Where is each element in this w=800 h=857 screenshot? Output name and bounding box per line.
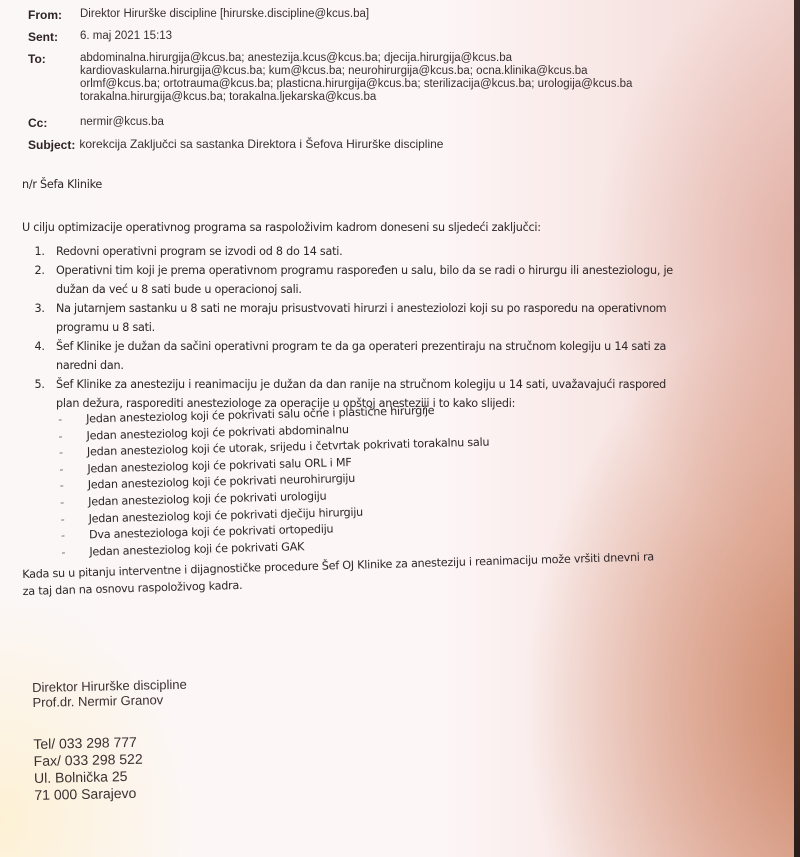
sent-label: Sent:: [28, 30, 80, 44]
to-line: orlmf@kcus.ba; ortotrauma@kcus.ba; plast…: [80, 78, 788, 91]
conclusion-item: Na jutarnjem sastanku u 8 sati ne moraju…: [48, 299, 800, 337]
conclusion-item: Šef Klinike je dužan da sačini operativn…: [48, 337, 800, 375]
subject-value: korekcija Zaključci sa sastanka Direktor…: [79, 138, 788, 152]
anesthesiologist-assignment-list: Jedan anesteziolog koji će pokrivati sal…: [22, 394, 800, 563]
from-value: Direktor Hirurške discipline [hirurske.d…: [80, 8, 788, 22]
to-line: kardiovaskularna.hirurgija@kcus.ba; kum@…: [80, 65, 788, 78]
to-line: abdominalna.hirurgija@kcus.ba; anestezij…: [80, 52, 788, 65]
subject-row: Subject: korekcija Zaključci sa sastanka…: [28, 138, 788, 152]
from-row: From: Direktor Hirurške discipline [hiru…: [28, 8, 788, 22]
intro-paragraph: U cilju optimizacije operativnog program…: [22, 221, 800, 234]
cc-label: Cc:: [28, 116, 80, 130]
cc-value: nermir@kcus.ba: [80, 116, 788, 130]
to-row: To: abdominalna.hirurgija@kcus.ba; anest…: [28, 52, 788, 104]
email-body: n/r Šefa Klinike U cilju optimizacije op…: [22, 178, 800, 600]
subject-label: Subject:: [28, 138, 75, 152]
from-label: From:: [28, 8, 80, 22]
sent-value: 6. maj 2021 15:13: [80, 30, 788, 44]
conclusion-item: Operativni tim koji je prema operativnom…: [48, 261, 800, 299]
conclusions-list: Redovni operativni program se izvodi od …: [22, 242, 800, 413]
to-label: To:: [28, 52, 80, 104]
signature-block: Direktor Hirurške discipline Prof.dr. Ne…: [32, 677, 189, 804]
attention-line: n/r Šefa Klinike: [22, 178, 800, 191]
to-line: torakalna.hirurgija@kcus.ba; torakalna.l…: [80, 91, 788, 104]
cc-row: Cc: nermir@kcus.ba: [28, 116, 788, 130]
email-header: From: Direktor Hirurške discipline [hiru…: [28, 8, 788, 152]
conclusion-item: Redovni operativni program se izvodi od …: [48, 242, 800, 261]
sent-row: Sent: 6. maj 2021 15:13: [28, 30, 788, 44]
to-recipients: abdominalna.hirurgija@kcus.ba; anestezij…: [80, 52, 788, 104]
signature-city: 71 000 Sarajevo: [34, 784, 189, 804]
